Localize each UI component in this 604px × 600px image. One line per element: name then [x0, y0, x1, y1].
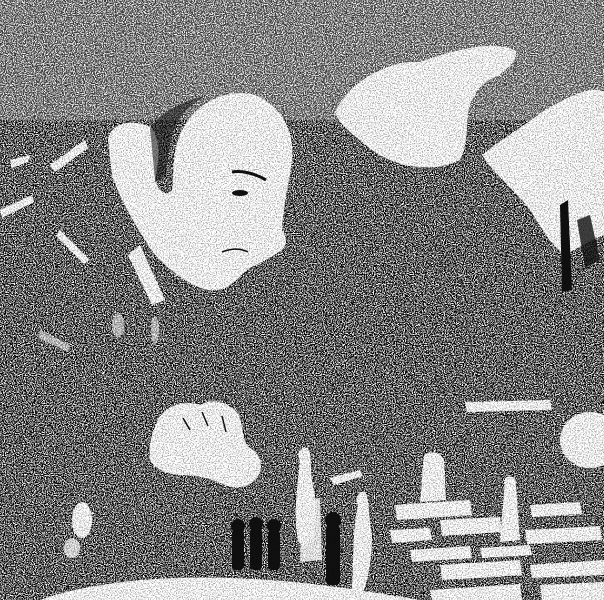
chess-players-photo — [0, 0, 604, 600]
photo-canvas — [0, 0, 604, 600]
